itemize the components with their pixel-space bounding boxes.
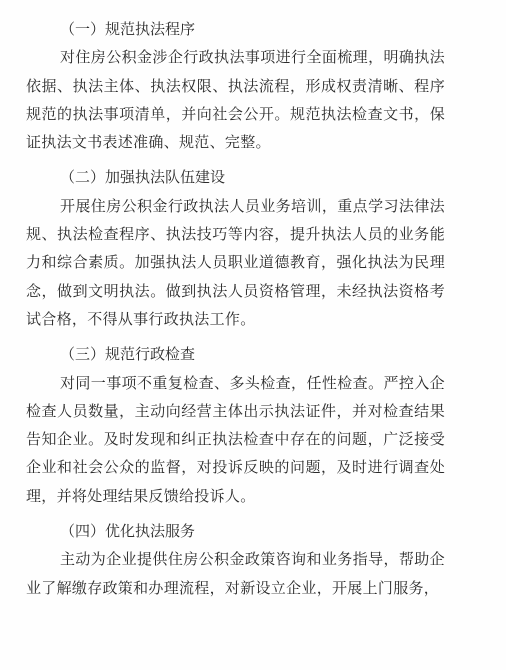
- section-3: （三）规范行政检查 对同一事项不重复检查、多头检查，任性检查。严控入企检查人员数…: [26, 340, 445, 510]
- section-1-paragraph: 对住房公积金涉企行政执法事项进行全面梳理，明确执法依据、执法主体、执法权限、执法…: [26, 43, 445, 156]
- section-1: （一）规范执法程序 对住房公积金涉企行政执法事项进行全面梳理，明确执法依据、执法…: [26, 15, 445, 156]
- section-4-heading: （四）优化执法服务: [26, 517, 445, 545]
- section-3-paragraph: 对同一事项不重复检查、多头检查，任性检查。严控入企检查人员数量，主动向经营主体出…: [26, 369, 445, 510]
- section-2: （二）加强执法队伍建设 开展住房公积金行政执法人员业务培训，重点学习法律法规、执…: [26, 163, 445, 333]
- section-4: （四）优化执法服务 主动为企业提供住房公积金政策咨询和业务指导，帮助企业了解缴存…: [26, 517, 445, 602]
- section-2-heading: （二）加强执法队伍建设: [26, 163, 445, 191]
- section-2-paragraph: 开展住房公积金行政执法人员业务培训，重点学习法律法规、执法检查程序、执法技巧等内…: [26, 192, 445, 333]
- section-4-paragraph: 主动为企业提供住房公积金政策咨询和业务指导，帮助企业了解缴存政策和办理流程，对新…: [26, 545, 445, 602]
- section-3-heading: （三）规范行政检查: [26, 340, 445, 368]
- section-1-heading: （一）规范执法程序: [26, 15, 445, 43]
- document-page: （一）规范执法程序 对住房公积金涉企行政执法事项进行全面梳理，明确执法依据、执法…: [0, 0, 506, 670]
